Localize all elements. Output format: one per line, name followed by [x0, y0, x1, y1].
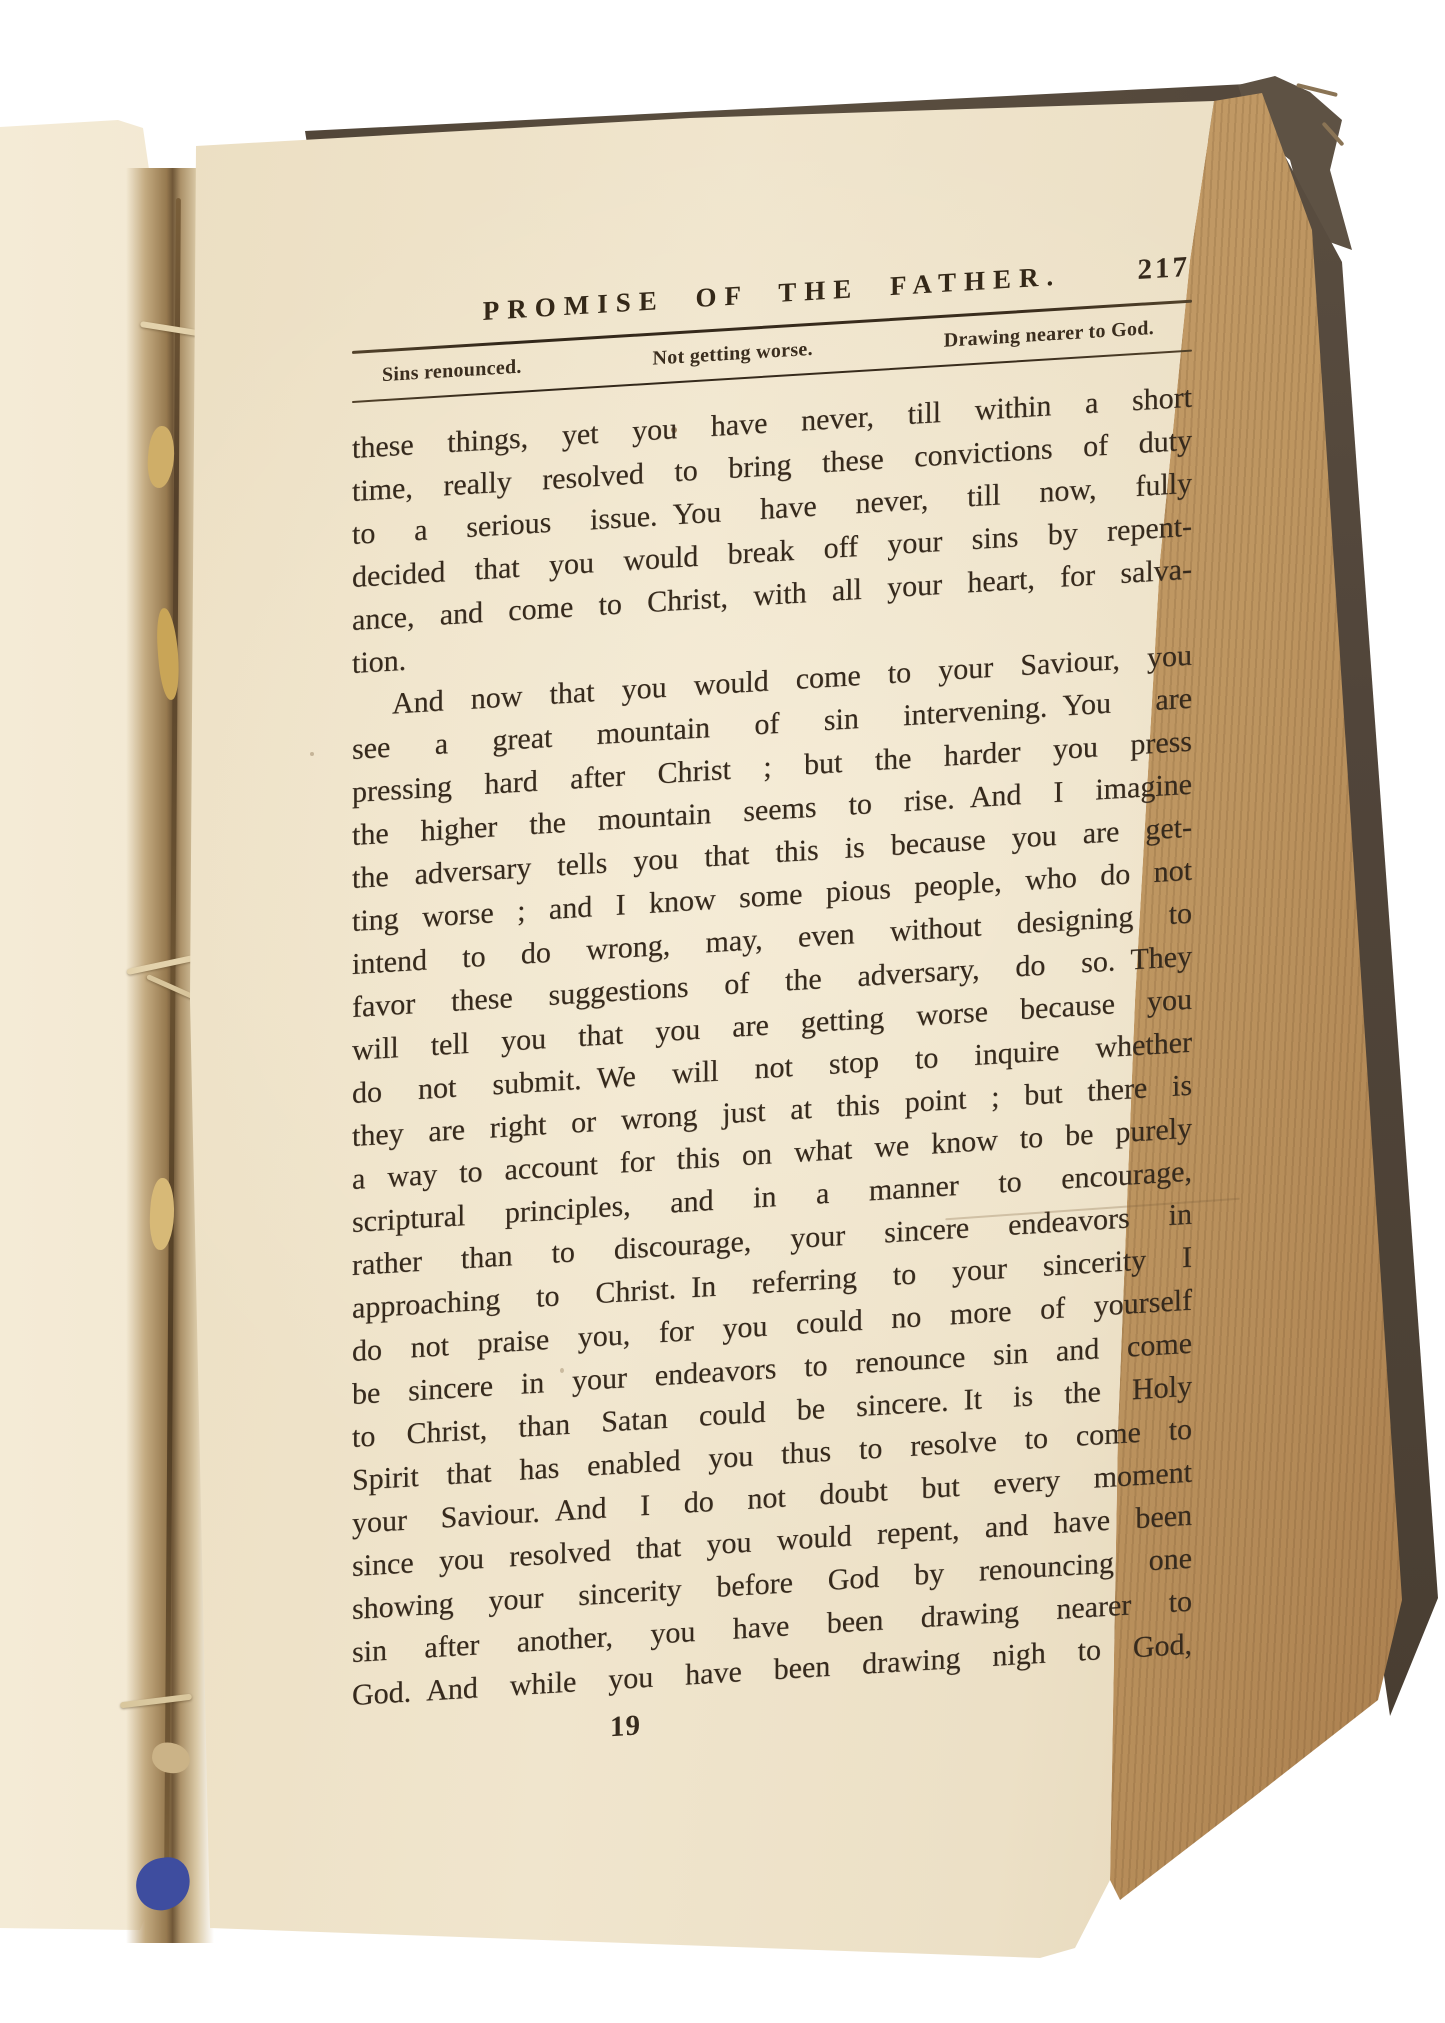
book-photo: PROMISE OF THE FATHER. 217 Sins renounce…	[0, 0, 1445, 2023]
binding-thread	[140, 321, 204, 337]
running-head-center: Not getting worse.	[653, 338, 813, 371]
printed-text-block: PROMISE OF THE FATHER. 217 Sins renounce…	[352, 249, 1192, 1760]
paragraph: these things, yet you have never, till w…	[352, 376, 1192, 685]
blue-endpaper-spot	[133, 1854, 194, 1913]
binding-glue-residue	[150, 1740, 193, 1776]
running-head-left: Sins renounced.	[382, 356, 522, 388]
running-head-right: Drawing nearer to God.	[944, 317, 1154, 353]
body-text: these things, yet you have never, till w…	[352, 376, 1192, 1717]
binding-glue-residue	[145, 425, 176, 489]
paragraph: And now that you would come to your Savi…	[352, 634, 1192, 1717]
binding-thread	[120, 1694, 192, 1709]
page-number: 217	[1138, 251, 1191, 287]
paper-speck	[310, 752, 314, 756]
